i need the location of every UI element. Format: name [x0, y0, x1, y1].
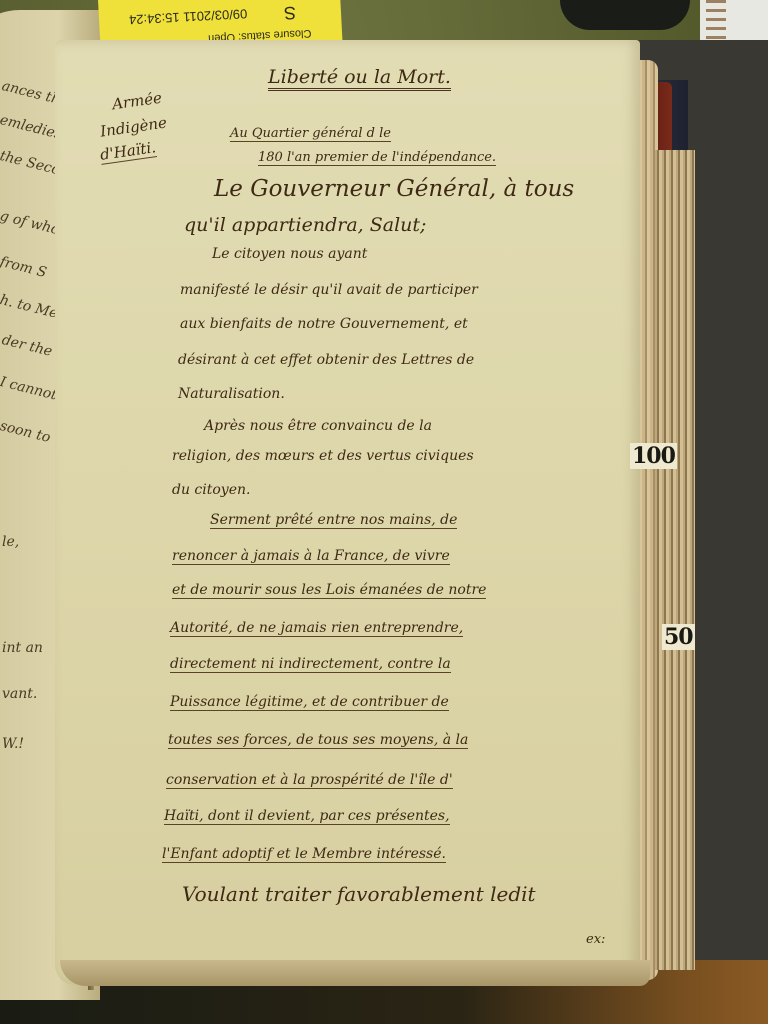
- manuscript-line: renoncer à jamais à la France, de vivre: [172, 548, 450, 565]
- manuscript-line: Après nous être convaincu de la: [204, 418, 432, 434]
- black-object: [560, 0, 690, 30]
- photo-scene: ances that emledies the Second g of who …: [0, 0, 768, 1024]
- manuscript-line: Naturalisation.: [178, 386, 285, 402]
- manuscript-line: aux bienfaits de notre Gouvernement, et: [180, 316, 468, 332]
- document-motto: Liberté ou la Mort.: [268, 66, 451, 91]
- manuscript-line: Au Quartier général d le: [230, 126, 391, 142]
- page-tab-50[interactable]: 50: [662, 624, 695, 650]
- manuscript-line: Autorité, de ne jamais rien entreprendre…: [170, 620, 463, 637]
- manuscript-line: l'Enfant adoptif et le Membre intéressé.: [162, 846, 446, 863]
- page-bottom-edge: [60, 960, 650, 986]
- page-edges-worn: [655, 150, 695, 970]
- manuscript-line: du citoyen.: [172, 482, 250, 498]
- manuscript-line: Puissance légitime, et de contribuer de: [170, 694, 449, 711]
- manuscript-line: 180 l'an premier de l'indépendance.: [258, 150, 496, 166]
- manuscript-line: Le citoyen nous ayant: [212, 246, 367, 262]
- manuscript-line: Le Gouverneur Général, à tous: [214, 176, 574, 202]
- sticky-letter: S: [283, 2, 296, 24]
- manuscript-line: et de mourir sous les Lois émanées de no…: [172, 582, 486, 599]
- left-fragment: int an: [2, 640, 43, 656]
- manuscript-line: Serment prêté entre nos mains, de: [210, 512, 457, 529]
- manuscript-line: désirant à cet effet obtenir des Lettres…: [178, 352, 474, 368]
- page-tab-100[interactable]: 100: [630, 443, 677, 469]
- catchword: ex:: [586, 932, 605, 947]
- manuscript-line: qu'il appartiendra, Salut;: [184, 214, 426, 236]
- manuscript-line: Voulant traiter favorablement ledit: [182, 882, 536, 906]
- left-fragment: le,: [2, 534, 19, 550]
- manuscript-line: conservation et à la prospérité de l'île…: [166, 772, 453, 789]
- manuscript-line: directement ni indirectement, contre la: [170, 656, 451, 673]
- manuscript-line: Haïti, dont il devient, par ces présente…: [164, 808, 450, 825]
- left-fragment: vant.: [2, 686, 37, 702]
- manuscript-line: manifesté le désir qu'il avait de partic…: [180, 282, 478, 298]
- sticky-timestamp: 09/03/2011 15:34:24: [129, 6, 248, 27]
- manuscript-line: religion, des mœurs et des vertus civiqu…: [172, 448, 474, 464]
- manuscript-line: toutes ses forces, de tous ses moyens, à…: [168, 732, 468, 749]
- notebook-spiral: [706, 0, 726, 40]
- left-fragment: W.!: [2, 736, 24, 752]
